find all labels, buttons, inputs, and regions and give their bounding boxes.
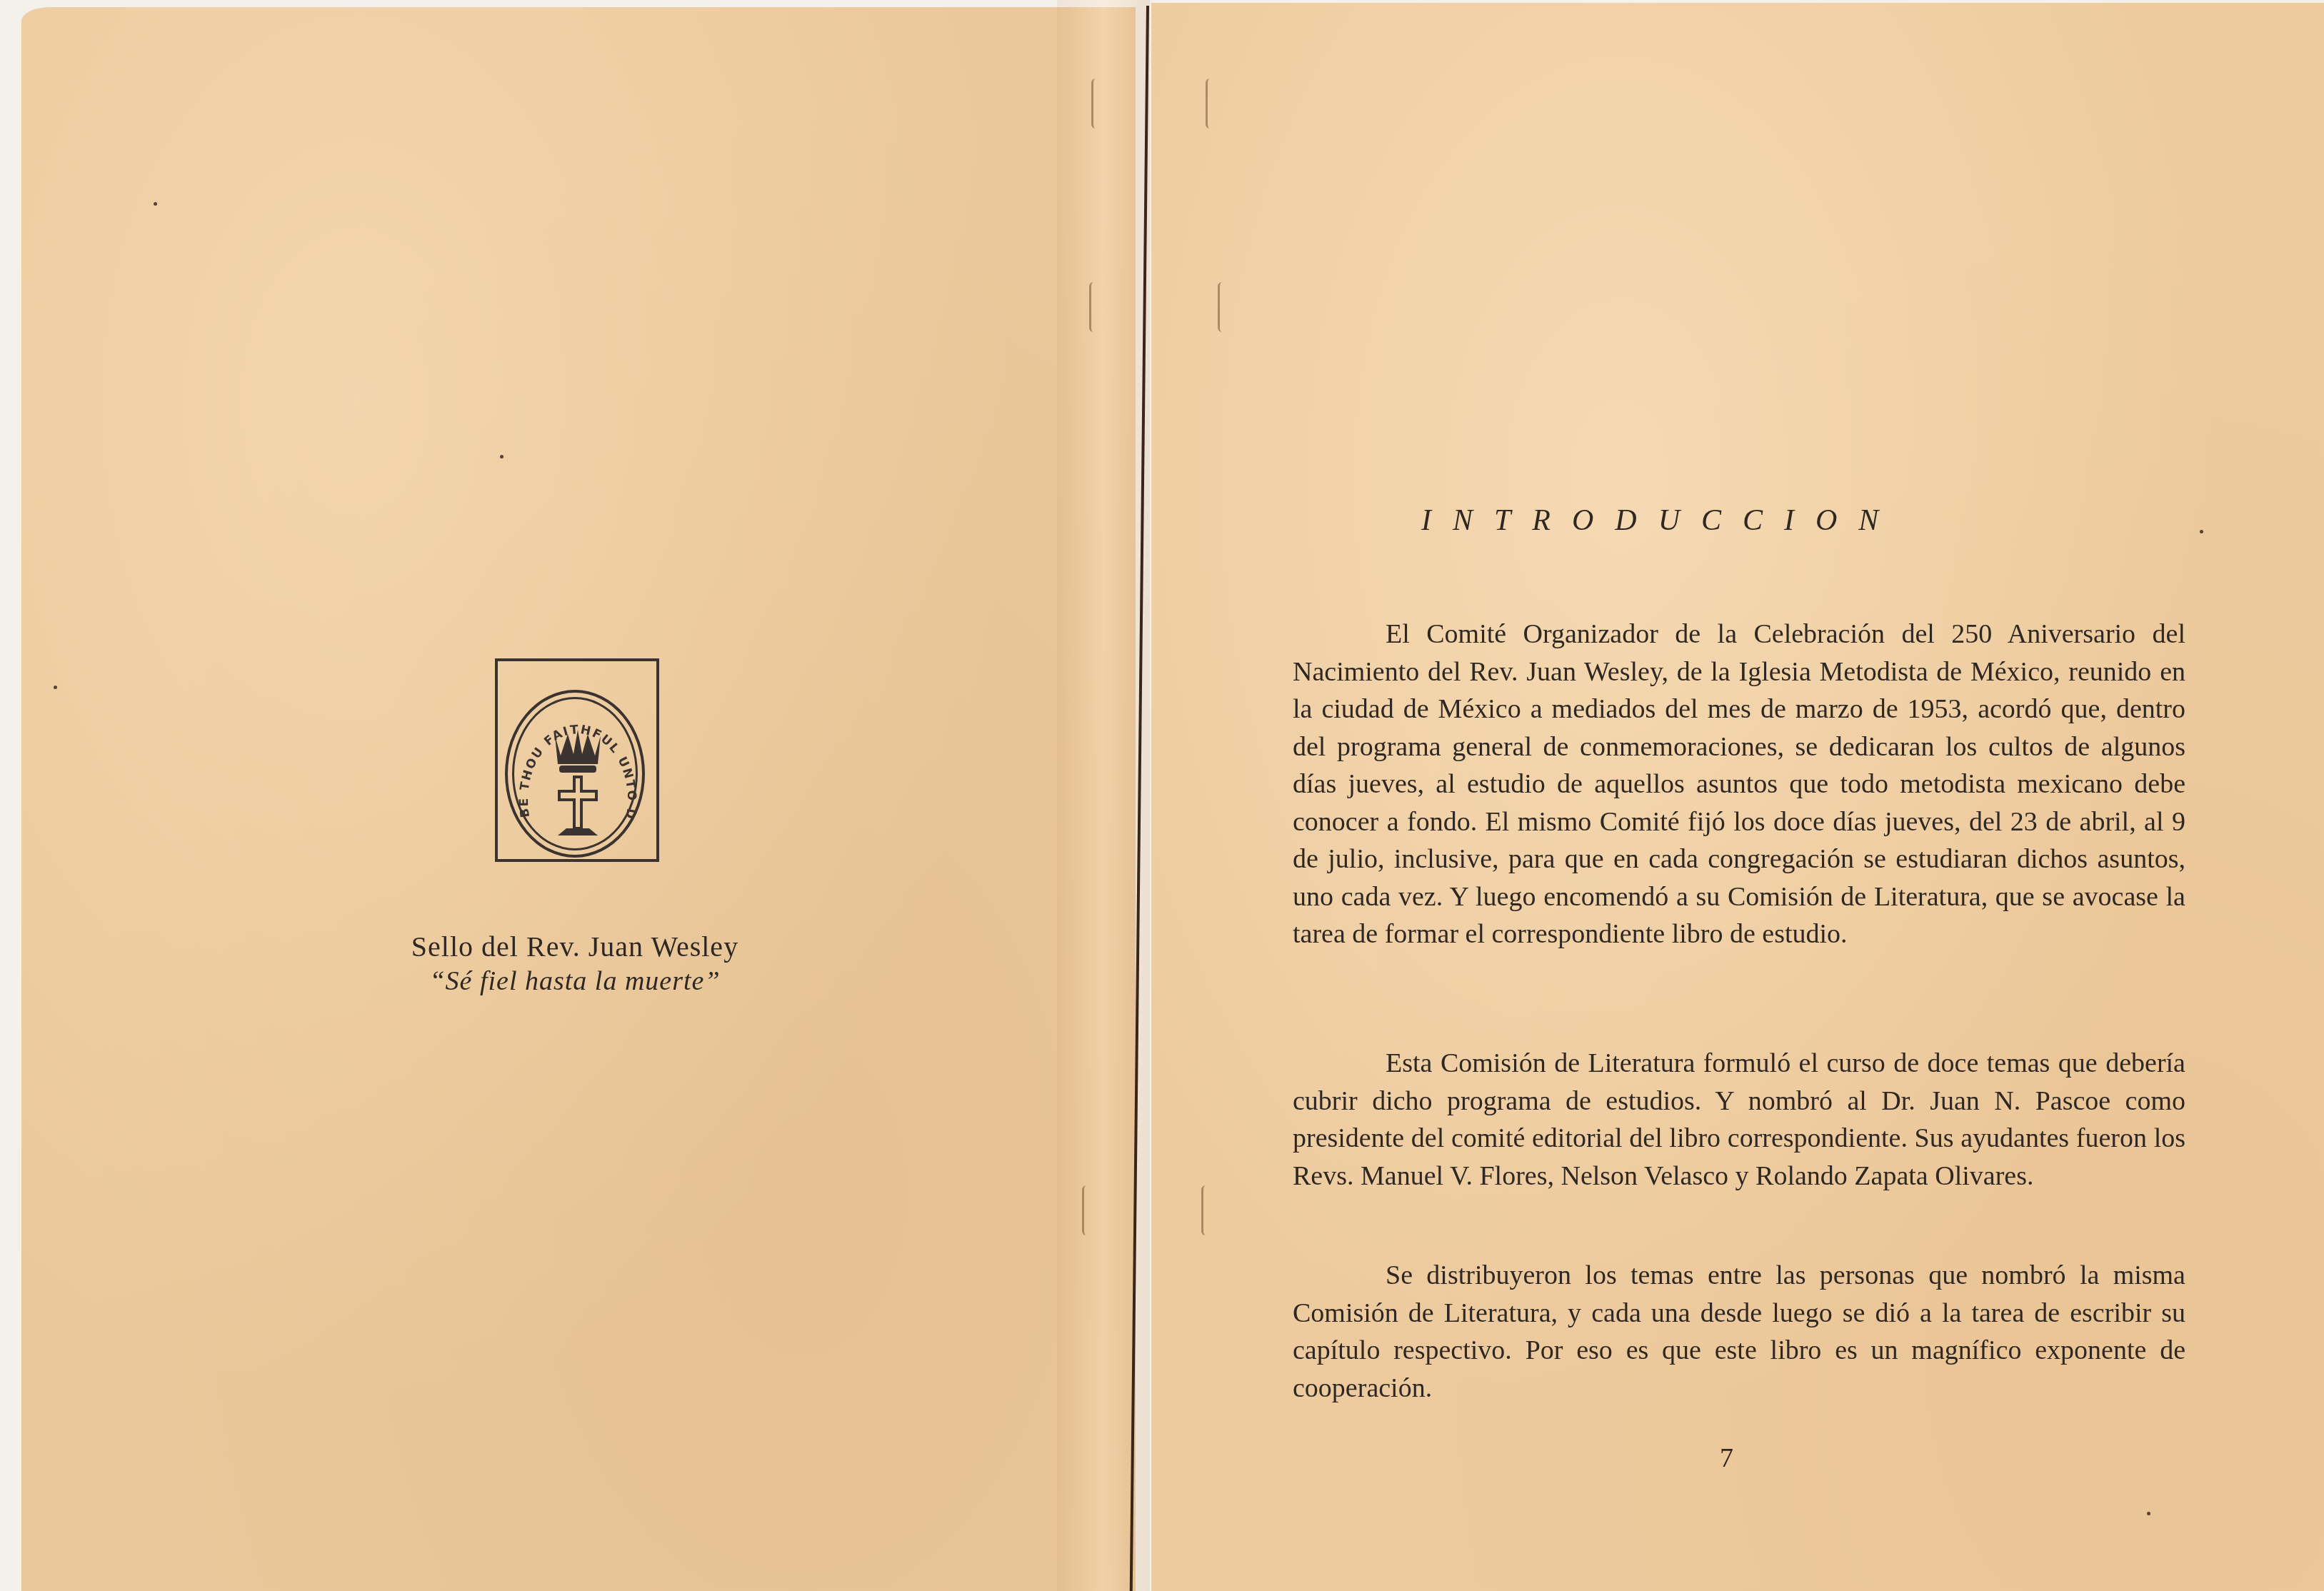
seal-caption-title: Sello del Rev. Juan Wesley [343,930,807,963]
seal-oval: BE THOU FAITHFUL UNTO DEATH [505,690,645,858]
page-title: INTRODUCCION [1421,503,2064,538]
staple-hole-icon [1201,1185,1219,1235]
paragraph-text: El Comité Organizador de la Celebración … [1293,616,2185,953]
paper-speck [2200,530,2203,533]
paragraph-2: Esta Comisión de Literatura formuló el c… [1293,1045,2185,1195]
paper-speck [54,686,57,689]
paper-speck [2147,1512,2150,1515]
seal-emblem-icon: BE THOU FAITHFUL UNTO DEATH [508,693,648,860]
staple-hole-icon [1091,79,1109,129]
staple-hole-icon [1082,1185,1100,1235]
paper-speck [154,202,157,206]
seal-caption-motto: “Sé fiel hasta la muerte” [343,965,807,997]
paper-speck [500,455,504,458]
staple-hole-icon [1089,282,1107,332]
paragraph-text: Se distribuyeron los temas entre las per… [1293,1257,2185,1407]
paragraph-3: Se distribuyeron los temas entre las per… [1293,1257,2185,1407]
wesley-seal-icon: BE THOU FAITHFUL UNTO DEATH [495,658,659,862]
staple-hole-icon [1206,79,1223,129]
paragraph-text: Esta Comisión de Literatura formuló el c… [1293,1045,2185,1195]
staple-hole-icon [1218,282,1236,332]
paragraph-1: El Comité Organizador de la Celebración … [1293,616,2185,953]
spine-fold [1057,0,1150,1591]
page-number: 7 [1720,1442,1733,1474]
